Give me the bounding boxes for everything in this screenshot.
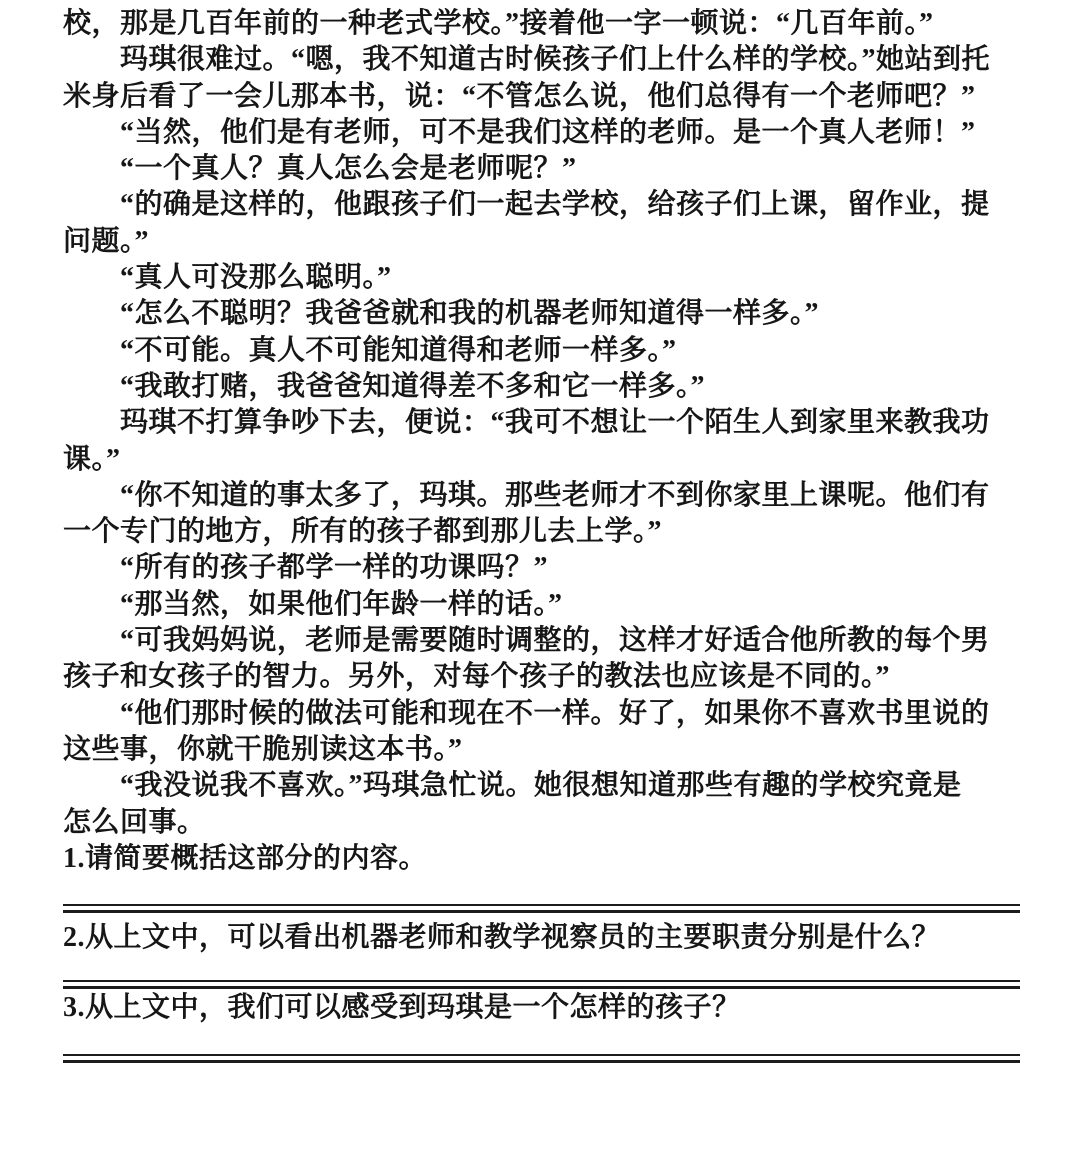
story-line: 玛琪很难过。“嗯，我不知道古时候孩子们上什么样的学校。”她站到托 — [63, 42, 1020, 78]
story-line: 校，那是几百年前的一种老式学校。”接着他一字一顿说：“几百年前。” — [63, 6, 1020, 42]
story-line: 问题。” — [63, 224, 1020, 260]
worksheet-page: 校，那是几百年前的一种老式学校。”接着他一字一顿说：“几百年前。” 玛琪很难过。… — [0, 0, 1080, 1167]
question-3: 3.从上文中，我们可以感受到玛琪是一个怎样的孩子？ — [63, 990, 1020, 1026]
story-line: “他们那时候的做法可能和现在不一样。好了，如果你不喜欢书里说的 — [63, 696, 1020, 732]
story-line: 米身后看了一会儿那本书，说：“不管怎么说，他们总得有一个老师吧？” — [63, 79, 1020, 115]
story-line: 怎么回事。 — [63, 805, 1020, 841]
story-line: “可我妈妈说，老师是需要随时调整的，这样才好适合他所教的每个男 — [63, 623, 1020, 659]
answer-line-divider — [63, 980, 1020, 989]
story-line: “不可能。真人不可能知道得和老师一样多。” — [63, 333, 1020, 369]
story-line: “所有的孩子都学一样的功课吗？” — [63, 550, 1020, 586]
answer-line-divider — [63, 1054, 1020, 1063]
story-line: 孩子和女孩子的智力。另外，对每个孩子的教法也应该是不同的。” — [63, 659, 1020, 695]
story-line: “怎么不聪明？我爸爸就和我的机器老师知道得一样多。” — [63, 296, 1020, 332]
story-line: 课。” — [63, 442, 1020, 478]
story-line: “那当然，如果他们年龄一样的话。” — [63, 587, 1020, 623]
answer-line-divider — [63, 904, 1020, 913]
story-line: “一个真人？真人怎么会是老师呢？” — [63, 151, 1020, 187]
story-line: 一个专门的地方，所有的孩子都到那儿去上学。” — [63, 514, 1020, 550]
story-line: “你不知道的事太多了，玛琪。那些老师才不到你家里上课呢。他们有 — [63, 478, 1020, 514]
story-line: “的确是这样的，他跟孩子们一起去学校，给孩子们上课，留作业，提 — [63, 187, 1020, 223]
question-2: 2.从上文中，可以看出机器老师和教学视察员的主要职责分别是什么？ — [63, 920, 1020, 956]
story-line: “真人可没那么聪明。” — [63, 260, 1020, 296]
story-line: 这些事，你就干脆别读这本书。” — [63, 732, 1020, 768]
question-1: 1.请简要概括这部分的内容。 — [63, 841, 1020, 877]
text-block: 校，那是几百年前的一种老式学校。”接着他一字一顿说：“几百年前。” 玛琪很难过。… — [0, 0, 1080, 1063]
story-line: “我敢打赌，我爸爸知道得差不多和它一样多。” — [63, 369, 1020, 405]
story-line: 玛琪不打算争吵下去，便说：“我可不想让一个陌生人到家里来教我功 — [63, 405, 1020, 441]
story-line: “当然，他们是有老师，可不是我们这样的老师。是一个真人老师！” — [63, 115, 1020, 151]
story-line: “我没说我不喜欢。”玛琪急忙说。她很想知道那些有趣的学校究竟是 — [63, 768, 1020, 804]
